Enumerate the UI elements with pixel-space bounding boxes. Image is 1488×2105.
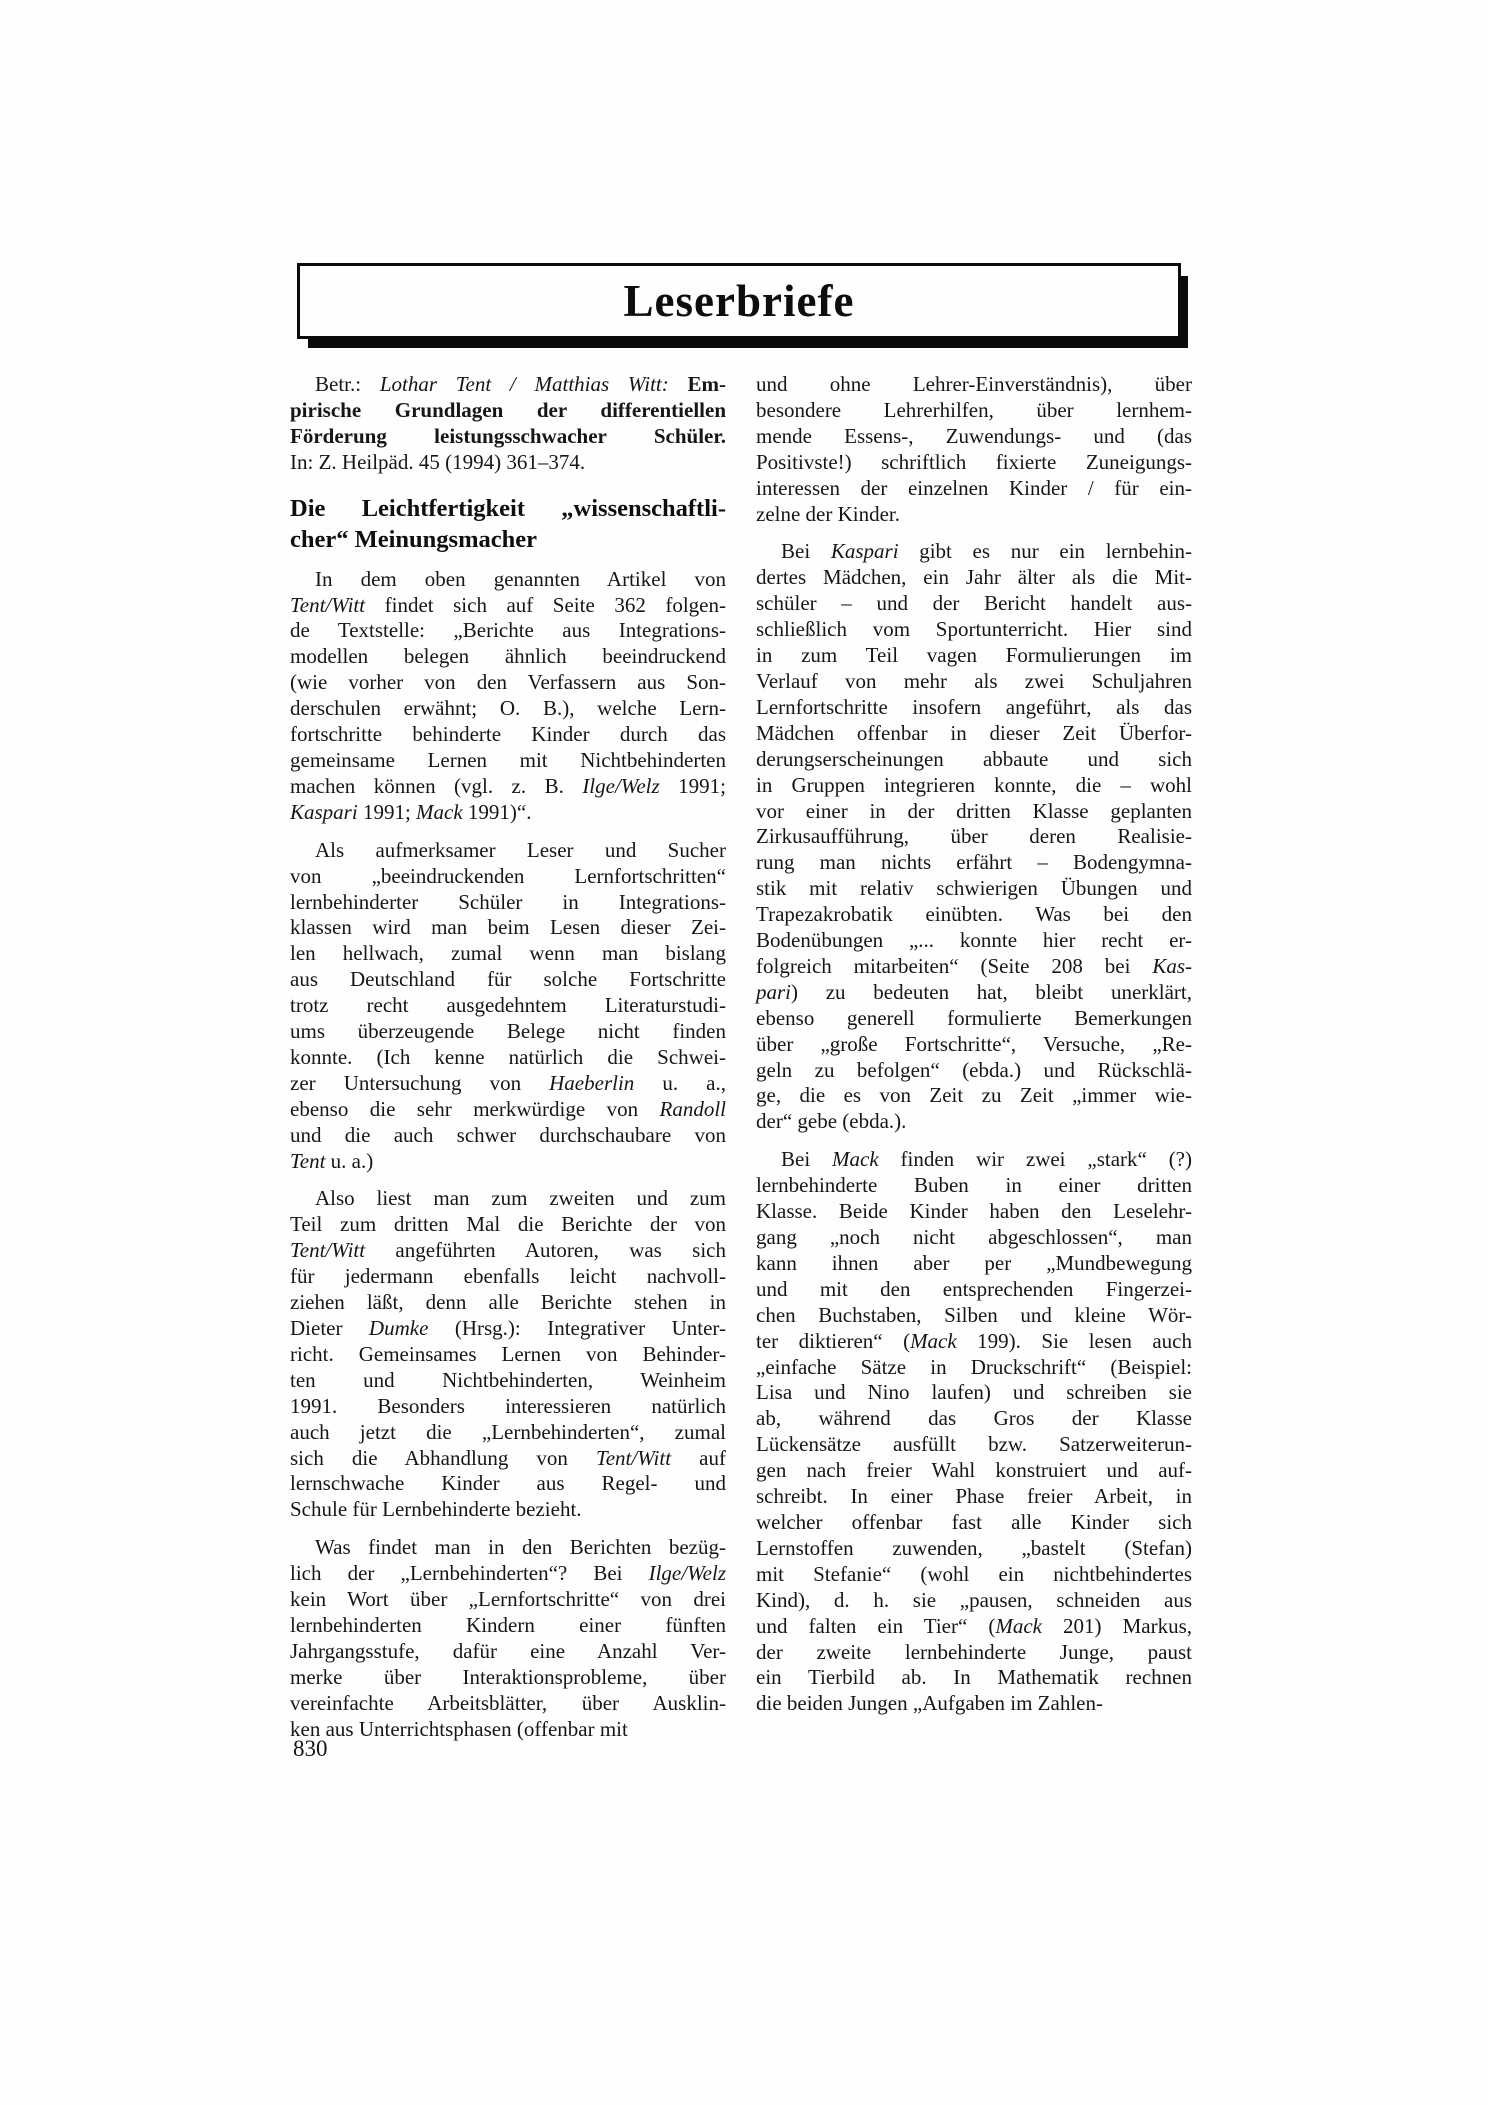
- text-line: Klasse. Beide Kinder haben den Leselehr-: [756, 1199, 1192, 1225]
- text-line: Bodenübungen „... konnte hier recht er-: [756, 928, 1192, 954]
- text-line: ter diktieren“ (Mack 199). Sie lesen auc…: [756, 1329, 1192, 1355]
- text-line: geln zu befolgen“ (ebda.) und Rückschlä-: [756, 1058, 1192, 1084]
- text-line: Lisa und Nino laufen) und schreiben sie: [756, 1380, 1192, 1406]
- body-block: In dem oben genannten Artikel vonTent/Wi…: [290, 567, 726, 826]
- text-line: lernbehinderter Schüler in Integrations-: [290, 890, 726, 916]
- text-line: fortschritte behinderte Kinder durch das: [290, 722, 726, 748]
- text-line: und mit den entsprechenden Fingerzei-: [756, 1277, 1192, 1303]
- reference-block: Betr.: Lothar Tent / Matthias Witt: Em-p…: [290, 372, 726, 476]
- text-line: lernbehinderten Kindern einer fünften: [290, 1613, 726, 1639]
- text-line: pari) zu bedeuten hat, bleibt unerklärt,: [756, 980, 1192, 1006]
- text-line: derschulen erwähnt; O. B.), welche Lern-: [290, 696, 726, 722]
- text-line: ken aus Unterrichtsphasen (offenbar mit: [290, 1717, 726, 1743]
- text-line: In: Z. Heilpäd. 45 (1994) 361–374.: [290, 450, 726, 476]
- text-line: folgreich mitarbeiten“ (Seite 208 bei Ka…: [756, 954, 1192, 980]
- text-line: gen nach freier Wahl konstruiert und auf…: [756, 1458, 1192, 1484]
- text-line: Also liest man zum zweiten und zum: [290, 1186, 726, 1212]
- text-line: Was findet man in den Berichten bezüg-: [290, 1535, 726, 1561]
- text-line: aus Deutschland für solche Fortschritte: [290, 967, 726, 993]
- text-line: trotz recht ausgedehntem Literaturstudi-: [290, 993, 726, 1019]
- body-block: und ohne Lehrer-Einverständnis), überbes…: [756, 372, 1192, 527]
- text-line: welcher offenbar fast alle Kinder sich: [756, 1510, 1192, 1536]
- text-line: interessen der einzelnen Kinder / für ei…: [756, 476, 1192, 502]
- text-line: modellen belegen ähnlich beeindruckend: [290, 644, 726, 670]
- text-line: Bei Kaspari gibt es nur ein lernbehin-: [756, 539, 1192, 565]
- text-line: „einfache Sätze in Druckschrift“ (Beispi…: [756, 1355, 1192, 1381]
- text-line: zer Untersuchung von Haeberlin u. a.,: [290, 1071, 726, 1097]
- text-line: über „große Fortschritte“, Versuche, „Re…: [756, 1032, 1192, 1058]
- text-line: Tent/Witt findet sich auf Seite 362 folg…: [290, 593, 726, 619]
- text-line: 1991. Besonders interessieren natürlich: [290, 1394, 726, 1420]
- text-line: Lückensätze ausfüllt bzw. Satzerweiterun…: [756, 1432, 1192, 1458]
- text-line: Betr.: Lothar Tent / Matthias Witt: Em-: [290, 372, 726, 398]
- text-line: Als aufmerksamer Leser und Sucher: [290, 838, 726, 864]
- text-columns: Betr.: Lothar Tent / Matthias Witt: Em-p…: [290, 372, 1192, 1743]
- section-title-box: Leserbriefe: [297, 263, 1181, 339]
- text-line: derungserscheinungen abbaute und sich: [756, 747, 1192, 773]
- text-line: besondere Lehrerhilfen, über lernhem-: [756, 398, 1192, 424]
- text-line: vor einer in der dritten Klasse geplante…: [756, 799, 1192, 825]
- text-line: Bei Mack finden wir zwei „stark“ (?): [756, 1147, 1192, 1173]
- text-line: von „beeindruckenden Lernfortschritten“: [290, 864, 726, 890]
- text-line: ziehen läßt, denn alle Berichte stehen i…: [290, 1290, 726, 1316]
- text-line: und die auch schwer durchschaubare von: [290, 1123, 726, 1149]
- text-line: gemeinsame Lernen mit Nichtbehinderten: [290, 748, 726, 774]
- text-line: lich der „Lernbehinderten“? Bei Ilge/Wel…: [290, 1561, 726, 1587]
- text-line: in Gruppen integrieren konnte, die – woh…: [756, 773, 1192, 799]
- text-line: in zum Teil vagen Formulierungen im: [756, 643, 1192, 669]
- text-line: kein Wort über „Lernfortschritte“ von dr…: [290, 1587, 726, 1613]
- text-line: Tent/Witt angeführten Autoren, was sich: [290, 1238, 726, 1264]
- text-line: Dieter Dumke (Hrsg.): Integrativer Unter…: [290, 1316, 726, 1342]
- text-line: Lernfortschritte insofern angeführt, als…: [756, 695, 1192, 721]
- text-line: Teil zum dritten Mal die Berichte der vo…: [290, 1212, 726, 1238]
- text-line: Jahrgangsstufe, dafür eine Anzahl Ver-: [290, 1639, 726, 1665]
- right-column: und ohne Lehrer-Einverständnis), überbes…: [756, 372, 1192, 1717]
- text-line: konnte. (Ich kenne natürlich die Schwei-: [290, 1045, 726, 1071]
- text-line: mit Stefanie“ (wohl ein nichtbehindertes: [756, 1562, 1192, 1588]
- text-line: ab, während das Gros der Klasse: [756, 1406, 1192, 1432]
- text-line: pirische Grundlagen der differentiellen: [290, 398, 726, 424]
- text-line: (wie vorher von den Verfassern aus Son-: [290, 670, 726, 696]
- body-block: Bei Mack finden wir zwei „stark“ (?)lern…: [756, 1147, 1192, 1717]
- text-line: stik mit relativ schwierigen Übungen und: [756, 876, 1192, 902]
- text-line: Positivste!) schriftlich fixierte Zuneig…: [756, 450, 1192, 476]
- text-line: richt. Gemeinsames Lernen von Behinder-: [290, 1342, 726, 1368]
- text-line: sich die Abhandlung von Tent/Witt auf: [290, 1446, 726, 1472]
- text-line: lernbehinderte Buben in einer dritten: [756, 1173, 1192, 1199]
- text-line: ein Tierbild ab. In Mathematik rechnen: [756, 1665, 1192, 1691]
- text-line: klassen wird man beim Lesen dieser Zei-: [290, 915, 726, 941]
- text-line: dertes Mädchen, ein Jahr älter als die M…: [756, 565, 1192, 591]
- text-line: Verlauf von mehr als zwei Schuljahren: [756, 669, 1192, 695]
- left-column: Betr.: Lothar Tent / Matthias Witt: Em-p…: [290, 372, 726, 1743]
- text-line: Kind), d. h. sie „pausen, schneiden aus: [756, 1588, 1192, 1614]
- text-line: lernschwache Kinder aus Regel- und: [290, 1471, 726, 1497]
- heading-block: Die Leichtfertigkeit „wissenschaftli-che…: [290, 493, 726, 555]
- text-line: Tent u. a.): [290, 1149, 726, 1175]
- text-line: Lernstoffen zuwenden, „bastelt (Stefan): [756, 1536, 1192, 1562]
- text-line: schließlich vom Sportunterricht. Hier si…: [756, 617, 1192, 643]
- text-line: schüler – und der Bericht handelt aus-: [756, 591, 1192, 617]
- text-line: cher“ Meinungsmacher: [290, 524, 726, 555]
- text-line: ums überzeugende Belege nicht finden: [290, 1019, 726, 1045]
- text-line: der“ gebe (ebda.).: [756, 1109, 1192, 1135]
- text-line: Schule für Lernbehinderte bezieht.: [290, 1497, 726, 1523]
- text-line: chen Buchstaben, Silben und kleine Wör-: [756, 1303, 1192, 1329]
- text-line: Trapezakrobatik einübten. Was bei den: [756, 902, 1192, 928]
- text-line: die beiden Jungen „Aufgaben im Zahlen-: [756, 1691, 1192, 1717]
- text-line: Förderung leistungsschwacher Schüler.: [290, 424, 726, 450]
- text-line: ge, die es von Zeit zu Zeit „immer wie-: [756, 1083, 1192, 1109]
- text-line: schreibt. In einer Phase freier Arbeit, …: [756, 1484, 1192, 1510]
- section-title: Leserbriefe: [624, 275, 855, 327]
- body-block: Also liest man zum zweiten und zumTeil z…: [290, 1186, 726, 1523]
- text-line: und falten ein Tier“ (Mack 201) Markus,: [756, 1614, 1192, 1640]
- text-line: Zirkusaufführung, über deren Realisie-: [756, 824, 1192, 850]
- text-line: der zweite lernbehinderte Junge, paust: [756, 1640, 1192, 1666]
- scanned-journal-page: Leserbriefe Betr.: Lothar Tent / Matthia…: [0, 0, 1488, 2105]
- text-line: ebenso generell formulierte Bemerkungen: [756, 1006, 1192, 1032]
- text-line: merke über Interaktionsprobleme, über: [290, 1665, 726, 1691]
- text-line: In dem oben genannten Artikel von: [290, 567, 726, 593]
- text-line: für jedermann ebenfalls leicht nachvoll-: [290, 1264, 726, 1290]
- text-line: rung man nichts erfährt – Bodengymna-: [756, 850, 1192, 876]
- text-line: de Textstelle: „Berichte aus Integration…: [290, 618, 726, 644]
- text-line: zelne der Kinder.: [756, 502, 1192, 528]
- text-line: kann ihnen aber per „Mundbewegung: [756, 1251, 1192, 1277]
- body-block: Bei Kaspari gibt es nur ein lernbehin-de…: [756, 539, 1192, 1135]
- text-line: Kaspari 1991; Mack 1991)“.: [290, 800, 726, 826]
- text-line: len hellwach, zumal wenn man bislang: [290, 941, 726, 967]
- page-number: 830: [293, 1736, 328, 1762]
- text-line: machen können (vgl. z. B. Ilge/Welz 1991…: [290, 774, 726, 800]
- body-block: Als aufmerksamer Leser und Suchervon „be…: [290, 838, 726, 1175]
- body-block: Was findet man in den Berichten bezüg-li…: [290, 1535, 726, 1742]
- text-line: auch jetzt die „Lernbehinderten“, zumal: [290, 1420, 726, 1446]
- text-line: vereinfachte Arbeitsblätter, über Auskli…: [290, 1691, 726, 1717]
- text-line: ten und Nichtbehinderten, Weinheim: [290, 1368, 726, 1394]
- text-line: gang „noch nicht abgeschlossen“, man: [756, 1225, 1192, 1251]
- text-line: Die Leichtfertigkeit „wissenschaftli-: [290, 493, 726, 524]
- text-line: Mädchen offenbar in dieser Zeit Überfor-: [756, 721, 1192, 747]
- text-line: ebenso die sehr merkwürdige von Randoll: [290, 1097, 726, 1123]
- text-line: und ohne Lehrer-Einverständnis), über: [756, 372, 1192, 398]
- text-line: mende Essens-, Zuwendungs- und (das: [756, 424, 1192, 450]
